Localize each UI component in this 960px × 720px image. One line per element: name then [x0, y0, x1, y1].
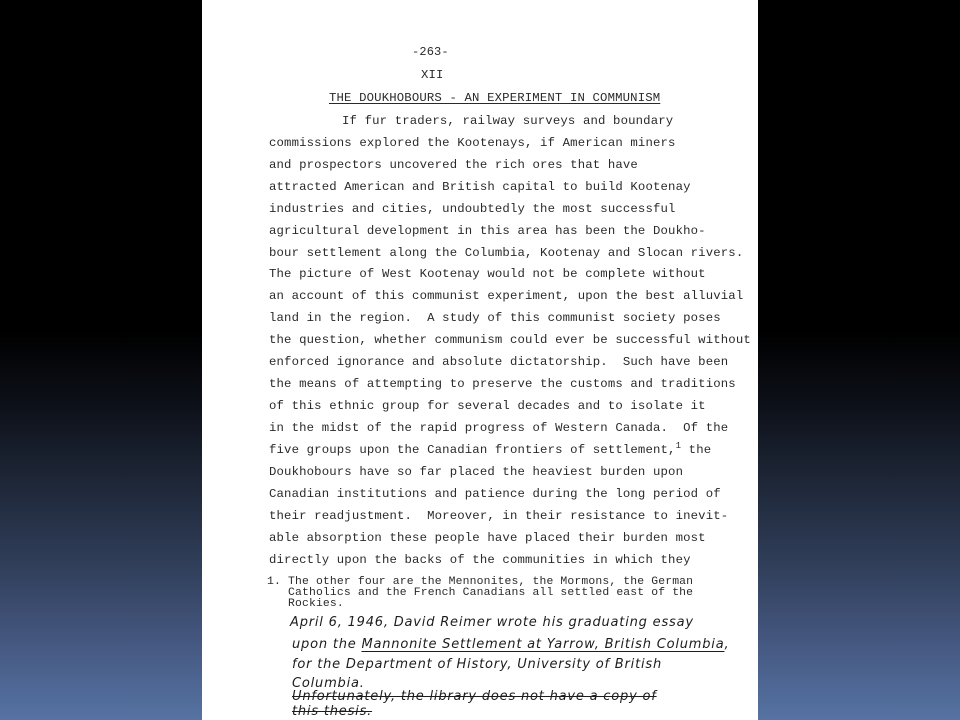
body-line: and prospectors uncovered the rich ores … [269, 159, 638, 171]
underlined-thesis-title: Mannonite Settlement at Yarrow, British … [361, 637, 724, 652]
handwritten-note-line: April 6, 1946, David Reimer wrote his gr… [290, 616, 694, 629]
body-line: directly upon the backs of the communiti… [269, 554, 691, 566]
handwritten-note-line: for the Department of History, Universit… [292, 658, 662, 671]
handwritten-text: upon the [292, 637, 361, 652]
body-line-text: five groups upon the Canadian frontiers … [269, 443, 676, 457]
handwritten-text: , [724, 637, 729, 652]
body-line-with-footnote: five groups upon the Canadian frontiers … [269, 444, 711, 456]
body-line: The picture of West Kootenay would not b… [269, 268, 706, 280]
chapter-title: THE DOUKHOBOURS - AN EXPERIMENT IN COMMU… [329, 92, 660, 104]
body-line-tail: the [681, 443, 711, 457]
body-line: enforced ignorance and absolute dictator… [269, 356, 728, 368]
footnote-line: Rockies. [288, 599, 344, 610]
struck-through-note-line: this thesis. [292, 705, 372, 718]
body-line: the question, whether communism could ev… [269, 334, 751, 346]
body-line: Doukhobours have so far placed the heavi… [269, 466, 683, 478]
handwritten-note-line: upon the Mannonite Settlement at Yarrow,… [292, 638, 729, 651]
body-line: able absorption these people have placed… [269, 532, 706, 544]
chapter-number: XII [421, 69, 444, 81]
body-line: industries and cities, undoubtedly the m… [269, 203, 676, 215]
footnote-number: 1. [267, 577, 281, 588]
body-line: Canadian institutions and patience durin… [269, 488, 721, 500]
body-line: their readjustment. Moreover, in their r… [269, 510, 728, 522]
body-line: If fur traders, railway surveys and boun… [342, 115, 673, 127]
body-line: commissions explored the Kootenays, if A… [269, 137, 676, 149]
body-line: the means of attempting to preserve the … [269, 378, 736, 390]
struck-through-note-line: Unfortunately, the library does not have… [292, 690, 657, 703]
body-line: of this ethnic group for several decades… [269, 400, 706, 412]
body-line: agricultural development in this area ha… [269, 225, 706, 237]
body-line: bour settlement along the Columbia, Koot… [269, 247, 743, 259]
body-line: land in the region. A study of this comm… [269, 312, 721, 324]
body-line: in the midst of the rapid progress of We… [269, 422, 728, 434]
document-page: -263- XII THE DOUKHOBOURS - AN EXPERIMEN… [202, 0, 758, 720]
page-number: -263- [412, 46, 449, 58]
body-line: an account of this communist experiment,… [269, 290, 743, 302]
footnote-line: Catholics and the French Canadians all s… [288, 588, 693, 599]
body-line: attracted American and British capital t… [269, 181, 691, 193]
